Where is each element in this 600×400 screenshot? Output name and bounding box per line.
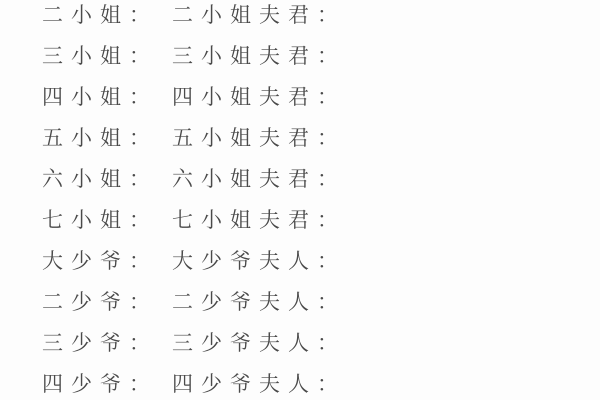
roster-row: 五小姐： 五小姐夫君： [42, 118, 600, 159]
title-roster-list: 二小姐： 二小姐夫君： 三小姐： 三小姐夫君： 四小姐： 四小姐夫君： 五小姐：… [0, 0, 600, 400]
spouse-title-label: 二少爷夫人： [172, 292, 346, 313]
family-title-label: 六小姐： [42, 169, 158, 190]
spouse-title-label: 二小姐夫君： [172, 5, 346, 26]
spouse-title-label: 四少爷夫人： [172, 374, 346, 395]
family-title-label: 五小姐： [42, 128, 158, 149]
roster-row: 四小姐： 四小姐夫君： [42, 77, 600, 118]
spouse-title-label: 六小姐夫君： [172, 169, 346, 190]
roster-row: 大少爷： 大少爷夫人： [42, 241, 600, 282]
roster-row: 四少爷： 四少爷夫人： [42, 364, 600, 400]
roster-row: 七小姐： 七小姐夫君： [42, 200, 600, 241]
family-title-label: 四少爷： [42, 374, 158, 395]
roster-row: 二小姐： 二小姐夫君： [42, 0, 600, 36]
spouse-title-label: 三少爷夫人： [172, 333, 346, 354]
document-page: 二小姐： 二小姐夫君： 三小姐： 三小姐夫君： 四小姐： 四小姐夫君： 五小姐：… [0, 0, 600, 395]
roster-row: 三小姐： 三小姐夫君： [42, 36, 600, 77]
spouse-title-label: 七小姐夫君： [172, 210, 346, 231]
family-title-label: 三小姐： [42, 46, 158, 67]
family-title-label: 三少爷： [42, 333, 158, 354]
roster-row: 三少爷： 三少爷夫人： [42, 323, 600, 364]
family-title-label: 大少爷： [42, 251, 158, 272]
roster-row: 六小姐： 六小姐夫君： [42, 159, 600, 200]
family-title-label: 二小姐： [42, 5, 158, 26]
family-title-label: 七小姐： [42, 210, 158, 231]
spouse-title-label: 五小姐夫君： [172, 128, 346, 149]
spouse-title-label: 三小姐夫君： [172, 46, 346, 67]
family-title-label: 四小姐： [42, 87, 158, 108]
spouse-title-label: 大少爷夫人： [172, 251, 346, 272]
spouse-title-label: 四小姐夫君： [172, 87, 346, 108]
roster-row: 二少爷： 二少爷夫人： [42, 282, 600, 323]
family-title-label: 二少爷： [42, 292, 158, 313]
